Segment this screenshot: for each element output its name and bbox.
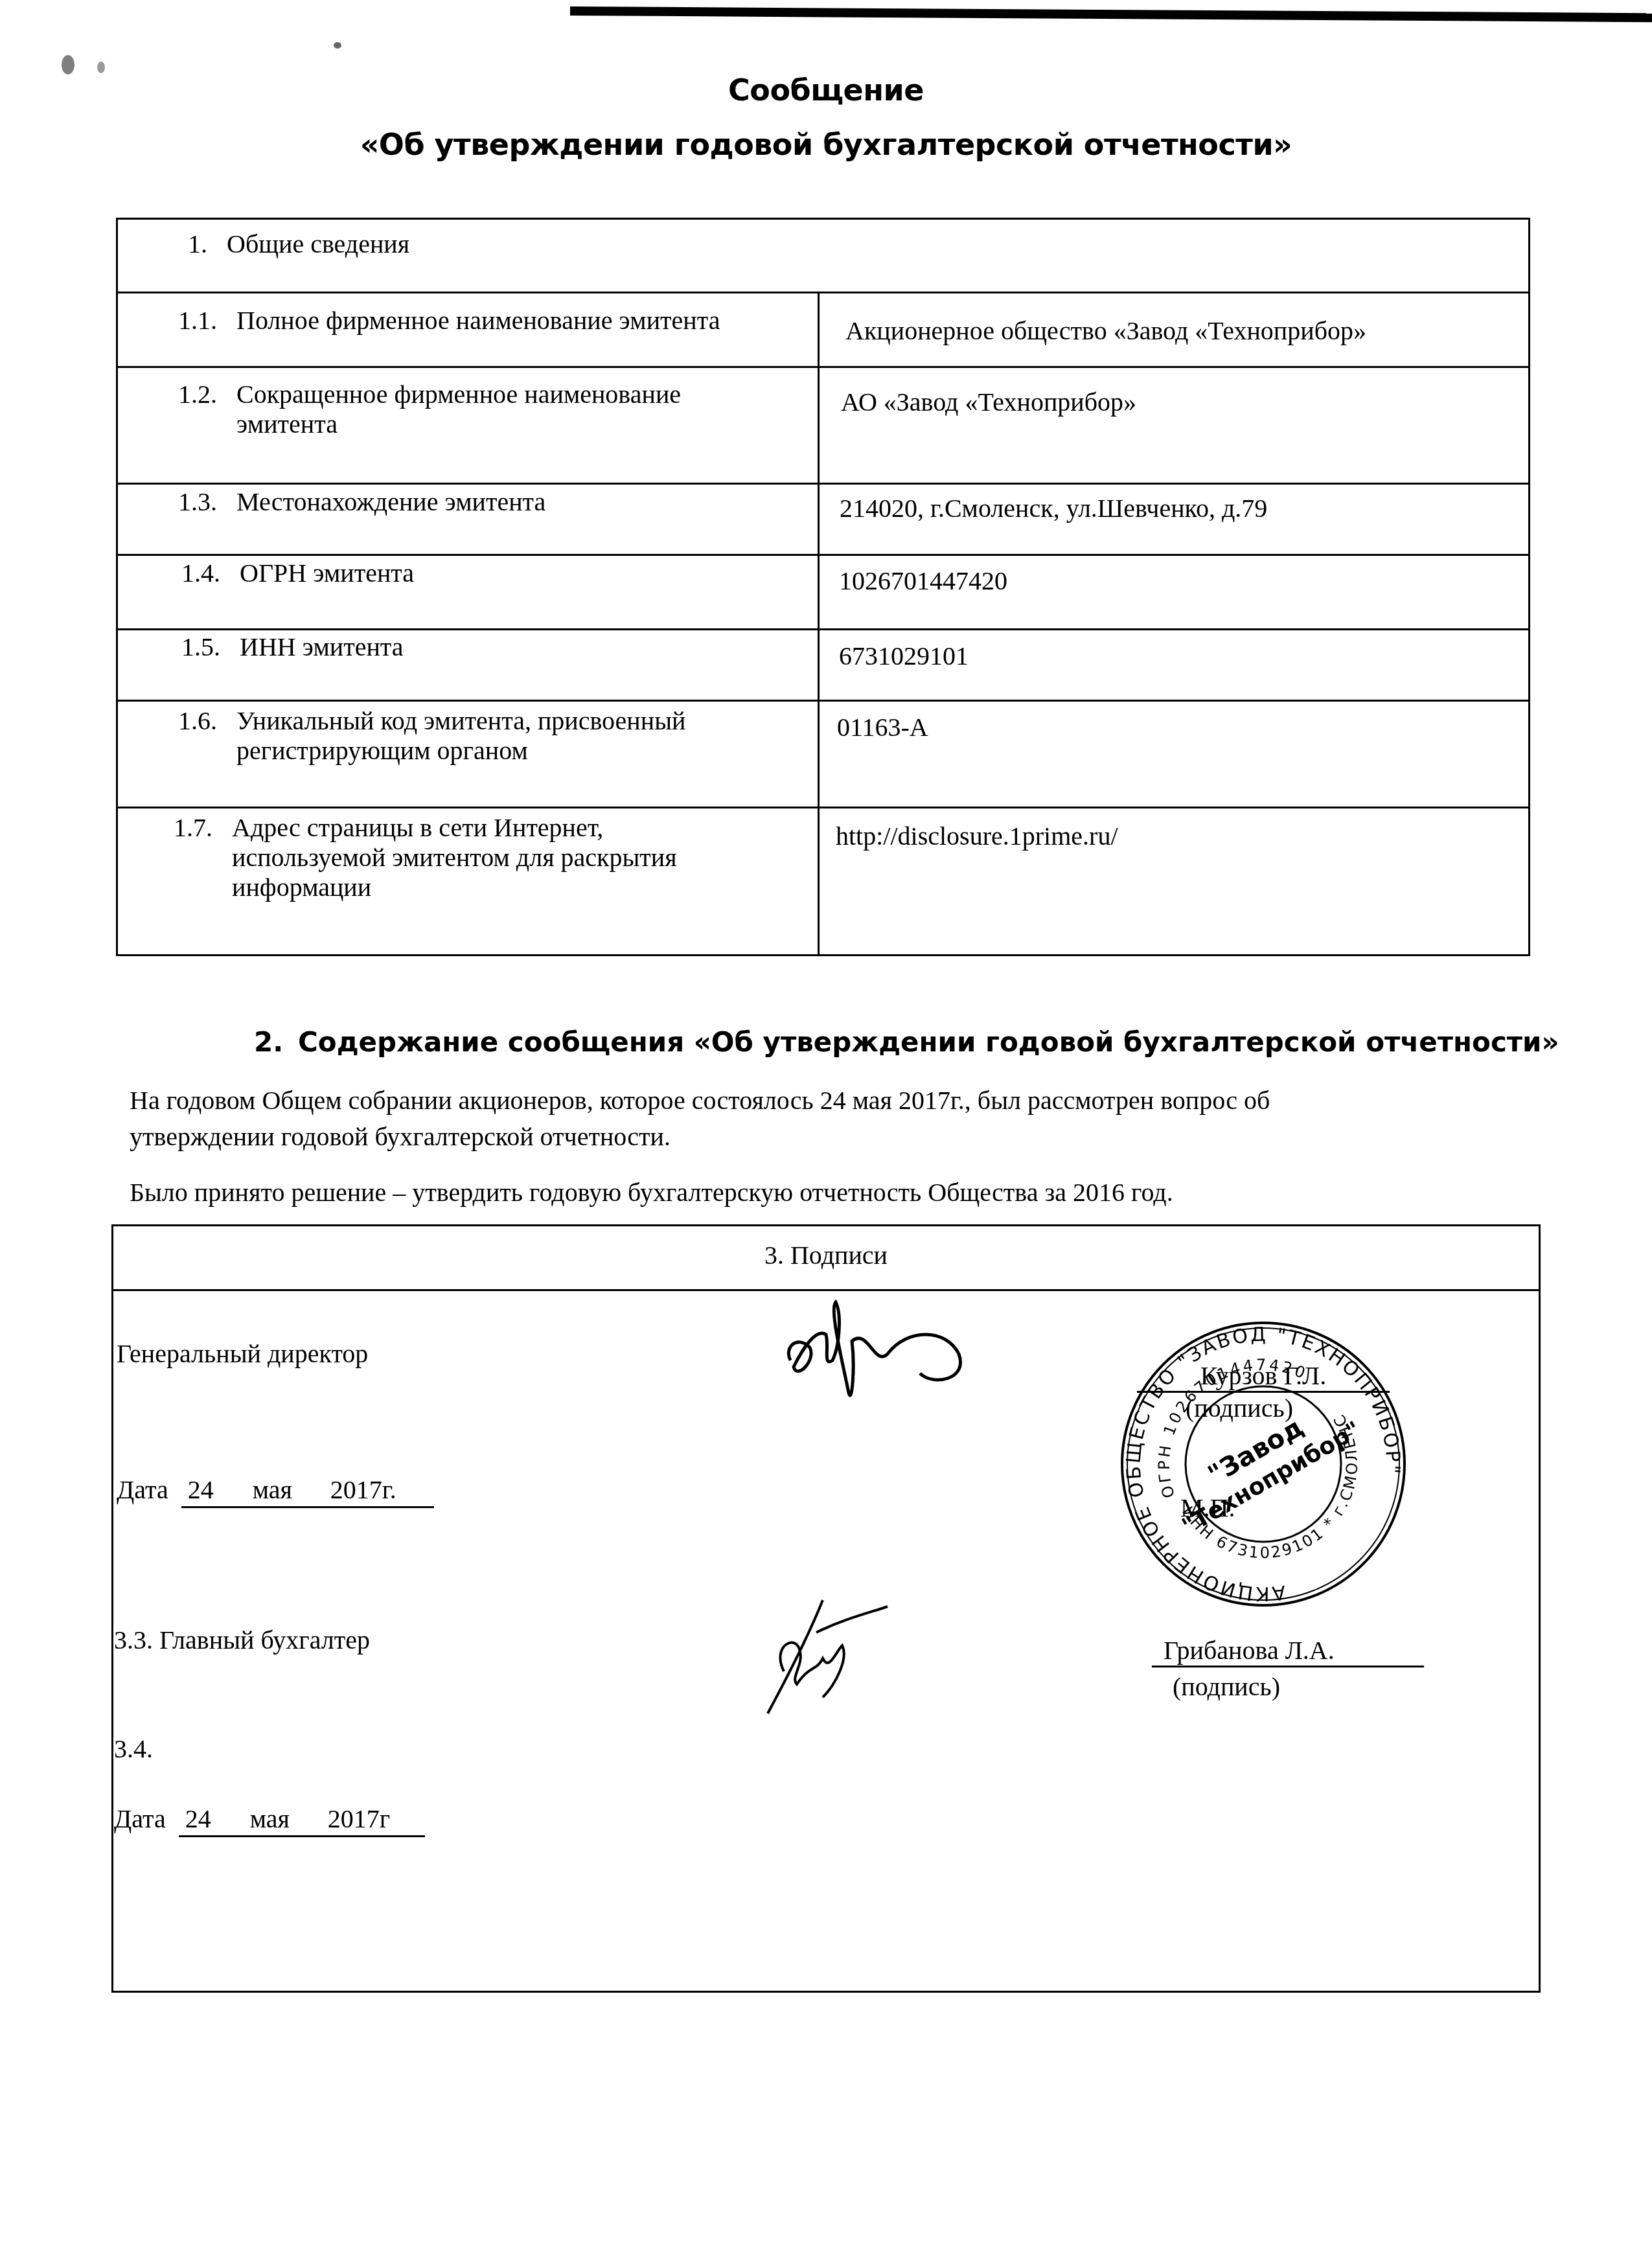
section2-paragraph-line3: Было принято решение – утвердить годовую… — [130, 1178, 1173, 1208]
row-label: Сокращенное фирменное наименование — [236, 380, 681, 409]
table-row-label: 1.4.ОГРН эмитента — [181, 558, 414, 588]
row-label: Уникальный код эмитента, присвоенный — [236, 706, 685, 735]
document-title-line2: «Об утверждении годовой бухгалтерской от… — [0, 127, 1652, 162]
row-label: Адрес страницы в сети Интернет, — [232, 813, 603, 842]
row-label: Местонахождение эмитента — [236, 487, 545, 516]
table-row-value: 1026701447420 — [839, 566, 1007, 596]
row-label: Полное фирменное наименование эмитента — [236, 306, 720, 335]
accountant-role: 3.3. Главный бухгалтер — [114, 1625, 370, 1655]
section2-paragraph-line1: На годовом Общем собрании акционеров, ко… — [130, 1086, 1270, 1116]
date-year: 2017г — [328, 1804, 390, 1833]
table-row-value: 01163-А — [837, 713, 928, 742]
date-year: 2017г. — [330, 1475, 396, 1504]
date-month: мая — [250, 1804, 328, 1834]
table-divider — [116, 366, 1530, 368]
director-signature-icon — [777, 1289, 972, 1412]
table-row-label: 1.3.Местонахождение эмитента — [178, 487, 545, 517]
table-divider — [116, 292, 1530, 293]
row-number: 1.4. — [181, 558, 240, 588]
table-divider — [116, 554, 1530, 556]
row-label-continued: информации — [174, 873, 677, 902]
table-row-label: 1.1.Полное фирменное наименование эмитен… — [178, 306, 720, 336]
accountant-signature-icon — [764, 1594, 894, 1717]
table-row-label: 1.7.Адрес страницы в сети Интернет, испо… — [174, 813, 677, 902]
date-day: 24 — [179, 1804, 250, 1834]
table-row-label: 1.2.Сокращенное фирменное наименование э… — [178, 380, 681, 439]
table-row-value: Акционерное общество «Завод «Технoприбор… — [845, 316, 1366, 346]
table-divider — [116, 807, 1530, 808]
section3-heading: 3. Подписи — [0, 1240, 1652, 1270]
row-number: 1.5. — [181, 632, 240, 662]
row-label-continued: используемой эмитентом для раскрытия — [174, 843, 677, 873]
table-divider — [116, 483, 1530, 485]
row-label: ОГРН эмитента — [240, 558, 414, 588]
accountant-name-field: Грибанова Л.А. — [1152, 1635, 1424, 1667]
section2-number: 2. — [254, 1026, 298, 1058]
row-number: 1.1. — [178, 306, 236, 336]
accountant-signature-caption: (подпись) — [1173, 1671, 1280, 1702]
table-row-value-link: http://disclosure.1prime.ru/ — [836, 821, 1118, 851]
table-divider — [116, 700, 1530, 702]
section2-paragraph-line2: утверждении годовой бухгалтерской отчетн… — [130, 1122, 671, 1152]
scan-edge-artifact — [570, 6, 1652, 22]
section2-heading: 2.Содержание сообщения «Об утверждении г… — [254, 1026, 1559, 1058]
director-role: Генеральный директор — [117, 1338, 368, 1369]
director-date: Дата 24мая2017г. — [117, 1474, 434, 1508]
table-row-label: 1.5.ИНН эмитента — [181, 632, 404, 662]
date-day: 24 — [181, 1474, 253, 1505]
table-column-divider — [818, 292, 820, 956]
section2-heading-text: Содержание сообщения «Об утверждении год… — [298, 1026, 1559, 1058]
table-row-label: 1.6.Уникальный код эмитента, присвоенный… — [178, 706, 685, 766]
table-divider — [116, 628, 1530, 630]
row-number: 1.2. — [178, 380, 236, 409]
item-34-number: 3.4. — [114, 1734, 153, 1764]
item-34-date: Дата 24мая2017г — [114, 1804, 425, 1837]
section1-number: 1. — [188, 229, 227, 259]
accountant-name: Грибанова Л.А. — [1152, 1635, 1424, 1667]
director-signature-caption: (подпись) — [1186, 1393, 1293, 1423]
table-row-value: АО «Завод «Технoприбор» — [841, 387, 1136, 417]
row-label: ИНН эмитента — [240, 632, 404, 661]
scan-speck — [97, 62, 105, 73]
date-month: мая — [253, 1474, 330, 1505]
date-label: Дата — [117, 1475, 168, 1504]
row-number: 1.6. — [178, 706, 236, 736]
section1-heading-text: Общие сведения — [227, 229, 409, 258]
date-label: Дата — [114, 1804, 166, 1833]
table-row-value: 214020, г.Смоленск, ул.Шевченко, д.79 — [840, 494, 1267, 523]
director-name: Курзов Г.Л. — [1137, 1360, 1390, 1393]
document-title-line1: Сообщение — [0, 73, 1652, 108]
row-number: 1.3. — [178, 487, 236, 517]
section1-heading: 1.Общие сведения — [188, 229, 409, 259]
row-label-continued: эмитента — [178, 409, 681, 439]
scan-speck — [334, 42, 341, 49]
seal-place-caption: М.П. — [1180, 1493, 1235, 1523]
row-label-continued: регистрирующим органом — [178, 736, 685, 766]
table-row-value: 6731029101 — [839, 641, 969, 671]
scan-speck — [62, 55, 75, 74]
row-number: 1.7. — [174, 813, 232, 843]
